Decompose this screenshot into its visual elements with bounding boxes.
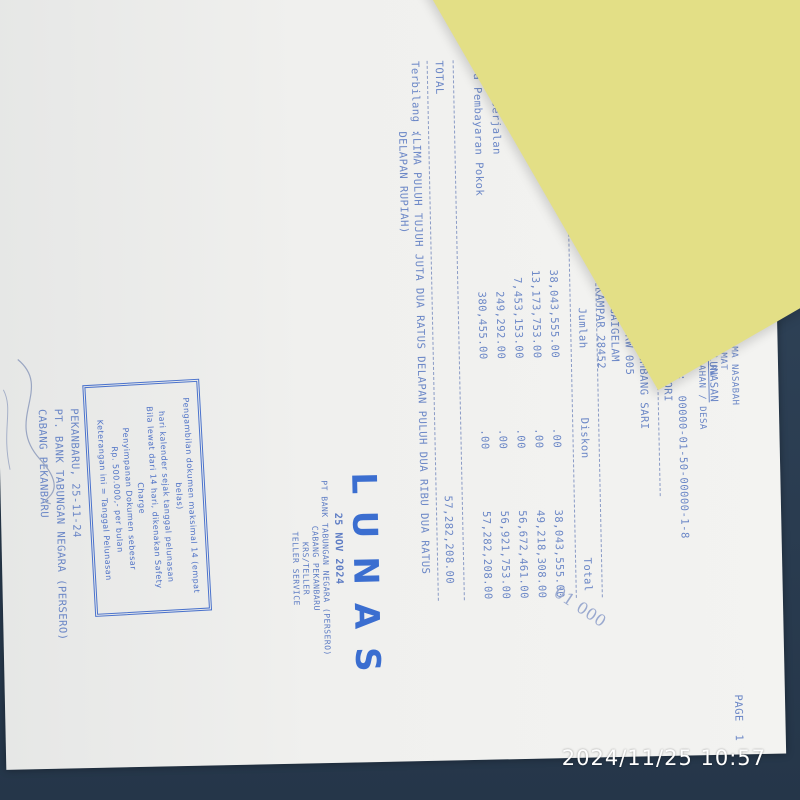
page-label: PAGE (732, 694, 743, 722)
terbilang-line2: DELAPAN RUPIAH) (397, 131, 410, 234)
divider (453, 60, 465, 600)
table-cell-total: 57,282,208.00 (481, 511, 493, 600)
page-number: 1 (733, 734, 744, 741)
table-cell-diskon: .00 (515, 428, 526, 449)
terbilang-line1: (LIMA PULUH TUJUH JUTA DUA RATUS DELAPAN… (411, 131, 431, 575)
table-cell-diskon: .00 (533, 428, 544, 449)
no-rekening-value: 00000-01-50-00000-1-8 (676, 395, 689, 538)
lunas-stamp-bank: PT BANK TABUNGAN NEGARA (PERSERO) CABANG… (288, 473, 332, 664)
signature-place-date: PEKANBARU, 25-11-24 (68, 408, 81, 538)
table-cell-diskon: .00 (551, 428, 562, 449)
table-cell-jumlah: 7,453,153.00 (512, 277, 524, 359)
table-cell-jumlah: 13,173,753.00 (529, 270, 541, 359)
handwritten-note: 01 000 (551, 584, 609, 630)
signature-scribble (0, 349, 61, 510)
photo-background: PERSERO (PERSERO) PEKANBARU PAGE 1 SURAT… (0, 0, 800, 800)
column-header-diskon: Diskon (579, 418, 590, 459)
lunas-stamp-date: 25 NOV 2024 (331, 513, 345, 585)
photo-timestamp: 2024/11/25 10:57 (562, 746, 766, 770)
column-header-total: Total (582, 558, 593, 592)
table-cell-jumlah: 380,455.00 (476, 291, 488, 359)
table-cell-jumlah: 249,292.00 (494, 291, 506, 359)
table-cell-diskon: .00 (497, 429, 508, 450)
table-cell-jumlah: 38,043,555.00 (547, 269, 559, 358)
total-value: 57,282,208.00 (442, 495, 454, 584)
document-pickup-notice-stamp: Pengambilan dokumen maksimal 14 (empat b… (82, 379, 212, 617)
lunas-stamp: LUNAS (346, 472, 385, 690)
table-cell-total: 56,672,461.00 (517, 510, 529, 599)
terbilang-label: Terbilang : (409, 61, 421, 136)
table-cell-total: 56,921,753.00 (499, 511, 511, 600)
total-label: TOTAL (433, 61, 444, 95)
table-cell-diskon: .00 (479, 429, 490, 450)
column-header-jumlah: Jumlah (576, 308, 587, 349)
table-cell-total: 49,218,308.00 (535, 510, 547, 599)
